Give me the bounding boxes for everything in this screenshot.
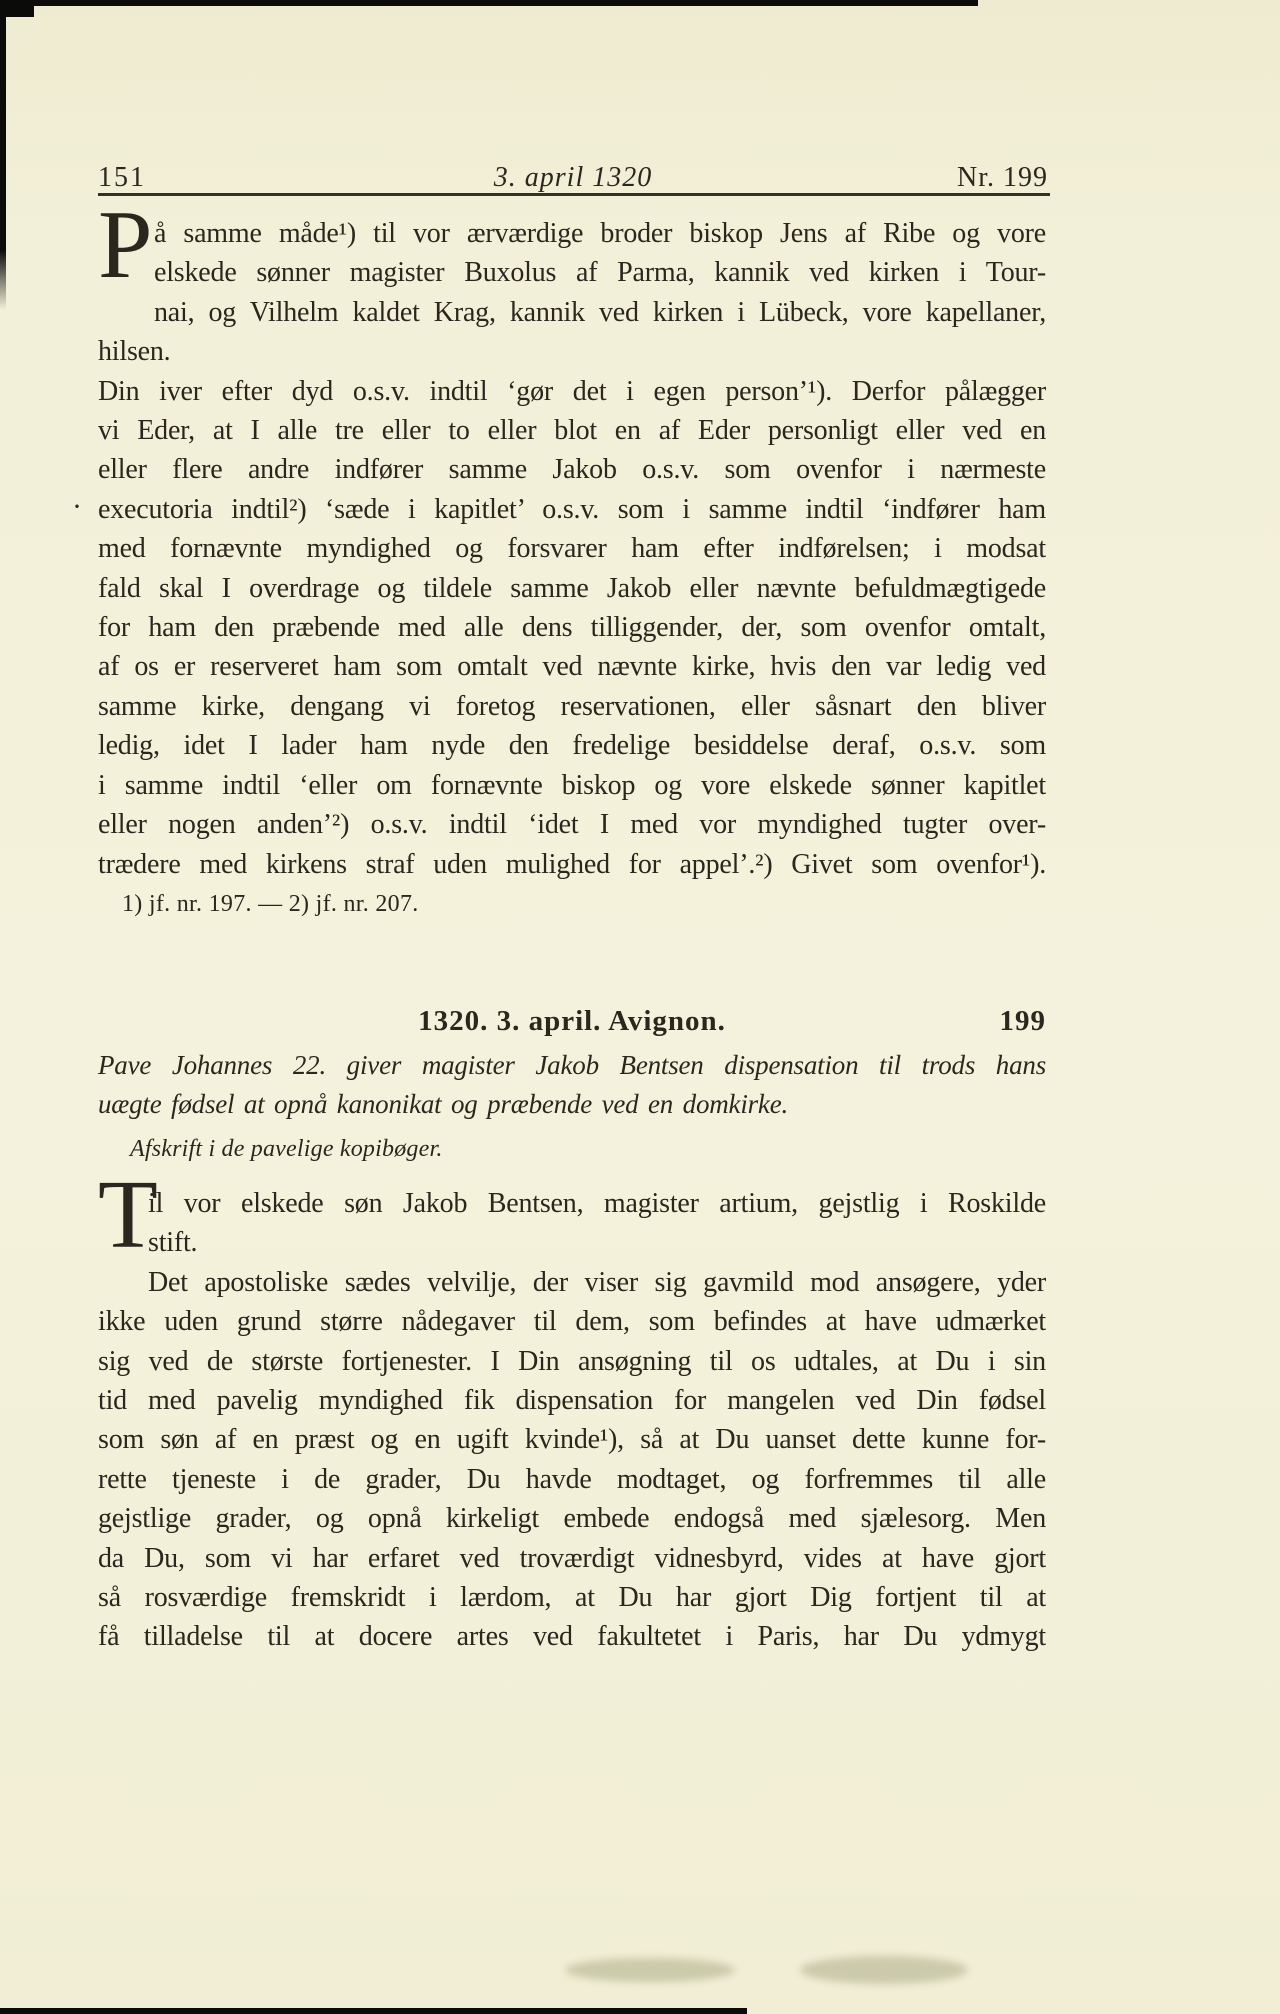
page-header: 151 3. april 1320 Nr. 199: [98, 160, 1048, 196]
header-rule: [98, 193, 1050, 196]
text-line: med fornævnte myndighed og forsvarer ham…: [98, 529, 1046, 568]
text-line: elskede sønner magister Buxolus af Parma…: [98, 253, 1046, 292]
text-line: vi Eder, at I alle tre eller to eller bl…: [98, 411, 1046, 450]
salutation-paragraph: T il vor elskede søn Jakob Bentsen, magi…: [98, 1184, 1046, 1263]
salutation-lines: il vor elskede søn Jakob Bentsen, magist…: [98, 1184, 1046, 1263]
text-line: Det apostoliske sædes velvilje, der vise…: [98, 1263, 1046, 1302]
text-line: å samme måde¹) til vor ærværdige broder …: [98, 214, 1046, 253]
footnote: 1) jf. nr. 197. — 2) jf. nr. 207.: [98, 889, 1046, 919]
scan-artifact-top-bar: [0, 0, 978, 6]
text-line: sig ved de største fortjenester. I Din a…: [98, 1342, 1046, 1381]
text-line: nai, og Vilhelm kaldet Krag, kannik ved …: [98, 293, 1046, 332]
text-line: for ham den præbende med alle dens tilli…: [98, 608, 1046, 647]
text-line: som søn af en præst og en ugift kvinde¹)…: [98, 1420, 1046, 1459]
entry-heading: 1320. 3. april. Avignon. 199: [98, 1002, 1046, 1040]
text-line: executoria indtil²) ‘sæde i kapitlet’ o.…: [98, 490, 1046, 529]
scan-smudge-left: [565, 1958, 735, 1982]
entry-date-place: 1320. 3. april. Avignon.: [418, 1005, 726, 1037]
text-line: i samme indtil ‘eller om fornævnte bisko…: [98, 766, 1046, 805]
document-number: Nr. 199: [957, 160, 1048, 196]
scan-artifact-left-strip: [0, 0, 6, 250]
text-line: få tilladelse til at docere artes ved fa…: [98, 1617, 1046, 1656]
text-line: da Du, som vi har erfaret ved troværdigt…: [98, 1539, 1046, 1578]
entry-199: 1320. 3. april. Avignon. 199 Pave Johann…: [98, 1002, 1046, 1657]
text-line: trædere med kirkens straf uden mulighed …: [98, 845, 1046, 884]
text-line: samme kirke, dengang vi foretog reservat…: [98, 687, 1046, 726]
text-line: stift.: [98, 1223, 1046, 1262]
text-line: gejstlige grader, og opnå kirkeligt embe…: [98, 1499, 1046, 1538]
opening-lines: å samme måde¹) til vor ærværdige broder …: [98, 214, 1046, 372]
summary-lines: Pave Johannes 22. giver magister Jakob B…: [98, 1046, 1046, 1124]
text-line: af os er reserveret ham som omtalt ved n…: [98, 647, 1046, 686]
text-line: tid med pavelig myndighed fik dispensati…: [98, 1381, 1046, 1420]
drop-cap-t: T: [98, 1184, 148, 1263]
running-title: 3. april 1320: [98, 160, 1048, 196]
text-line: il vor elskede søn Jakob Bentsen, magist…: [98, 1184, 1046, 1223]
scan-artifact-bottom-bar: [0, 2008, 747, 2014]
body-lines: Din iver efter dyd o.s.v. indtil ‘gør de…: [98, 372, 1046, 884]
source-note: Afskrift i de pavelige kopibøger.: [98, 1134, 1046, 1164]
text-line: hilsen.: [98, 332, 1046, 371]
text-line: eller nogen anden’²) o.s.v. indtil ‘idet…: [98, 805, 1046, 844]
opening-paragraph: P å samme måde¹) til vor ærværdige brode…: [98, 214, 1046, 372]
drop-cap-p: P: [98, 214, 154, 293]
text-line: eller flere andre indfører samme Jakob o…: [98, 450, 1046, 489]
text-line: Pave Johannes 22. giver magister Jakob B…: [98, 1046, 1046, 1085]
text-line: Din iver efter dyd o.s.v. indtil ‘gør de…: [98, 372, 1046, 411]
text-line: rette tjeneste i de grader, Du havde mod…: [98, 1460, 1046, 1499]
entry-body-lines: Det apostoliske sædes velvilje, der vise…: [98, 1263, 1046, 1657]
margin-dot: ·: [72, 492, 82, 522]
text-line: ikke uden grund større nådegaver til dem…: [98, 1302, 1046, 1341]
text-line: ledig, idet I lader ham nyde den fredeli…: [98, 726, 1046, 765]
text-line: uægte fødsel at opnå kanonikat og præben…: [98, 1085, 1046, 1124]
text-line: så rosværdige fremskridt i lærdom, at Du…: [98, 1578, 1046, 1617]
previous-document: P å samme måde¹) til vor ærværdige brode…: [98, 214, 1046, 919]
text-line: fald skal I overdrage og tildele samme J…: [98, 569, 1046, 608]
scan-artifact-left-strip-fade: [0, 250, 6, 310]
scan-smudge-right: [800, 1956, 968, 1984]
entry-number: 199: [1000, 1002, 1047, 1040]
book-page: 151 3. april 1320 Nr. 199 P å samme måde…: [0, 0, 1280, 2014]
